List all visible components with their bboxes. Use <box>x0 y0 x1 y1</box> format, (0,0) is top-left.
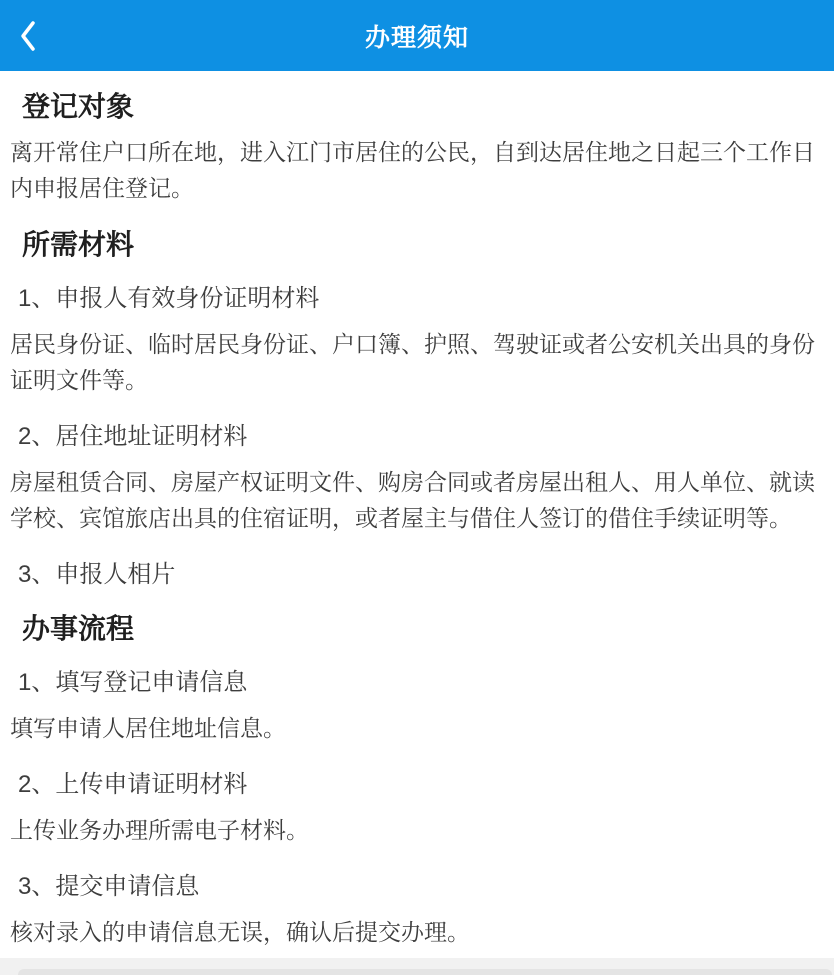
section-heading-required-materials: 所需材料 <box>22 230 824 260</box>
footer-strip <box>0 958 834 975</box>
content: 登记对象 离开常住户口所在地，进入江门市居住的公民，自到达居住地之日起三个工作日… <box>0 71 834 958</box>
footer-card-top-edge <box>18 969 832 975</box>
list-item-body: 填写申请人居住地址信息。 <box>10 710 824 746</box>
list-item-body: 居民身份证、临时居民身份证、户口簿、护照、驾驶证或者公安机关出具的身份证明文件等… <box>10 326 824 398</box>
list-item-body: 上传业务办理所需电子材料。 <box>10 812 824 848</box>
section-heading-process: 办事流程 <box>22 614 824 644</box>
section-heading-registration-target: 登记对象 <box>22 92 824 122</box>
list-item-title: 3、提交申请信息 <box>18 872 824 902</box>
list-item-body: 核对录入的申请信息无误，确认后提交办理。 <box>10 914 824 950</box>
list-item-title: 1、申报人有效身份证明材料 <box>18 284 824 314</box>
list-item-title: 2、居住地址证明材料 <box>18 422 824 452</box>
list-item-body: 房屋租赁合同、房屋产权证明文件、购房合同或者房屋出租人、用人单位、就读学校、宾馆… <box>10 464 824 536</box>
screen: 办理须知 登记对象 离开常住户口所在地，进入江门市居住的公民，自到达居住地之日起… <box>0 0 834 975</box>
list-item-title: 3、申报人相片 <box>18 560 824 590</box>
list-item-title: 2、上传申请证明材料 <box>18 770 824 800</box>
page-title: 办理须知 <box>365 18 469 54</box>
back-button[interactable] <box>12 0 60 71</box>
list-item-title: 1、填写登记申请信息 <box>18 668 824 698</box>
chevron-left-icon <box>20 20 36 52</box>
navbar: 办理须知 <box>0 0 834 71</box>
paragraph-registration-target: 离开常住户口所在地，进入江门市居住的公民，自到达居住地之日起三个工作日内申报居住… <box>10 134 824 206</box>
